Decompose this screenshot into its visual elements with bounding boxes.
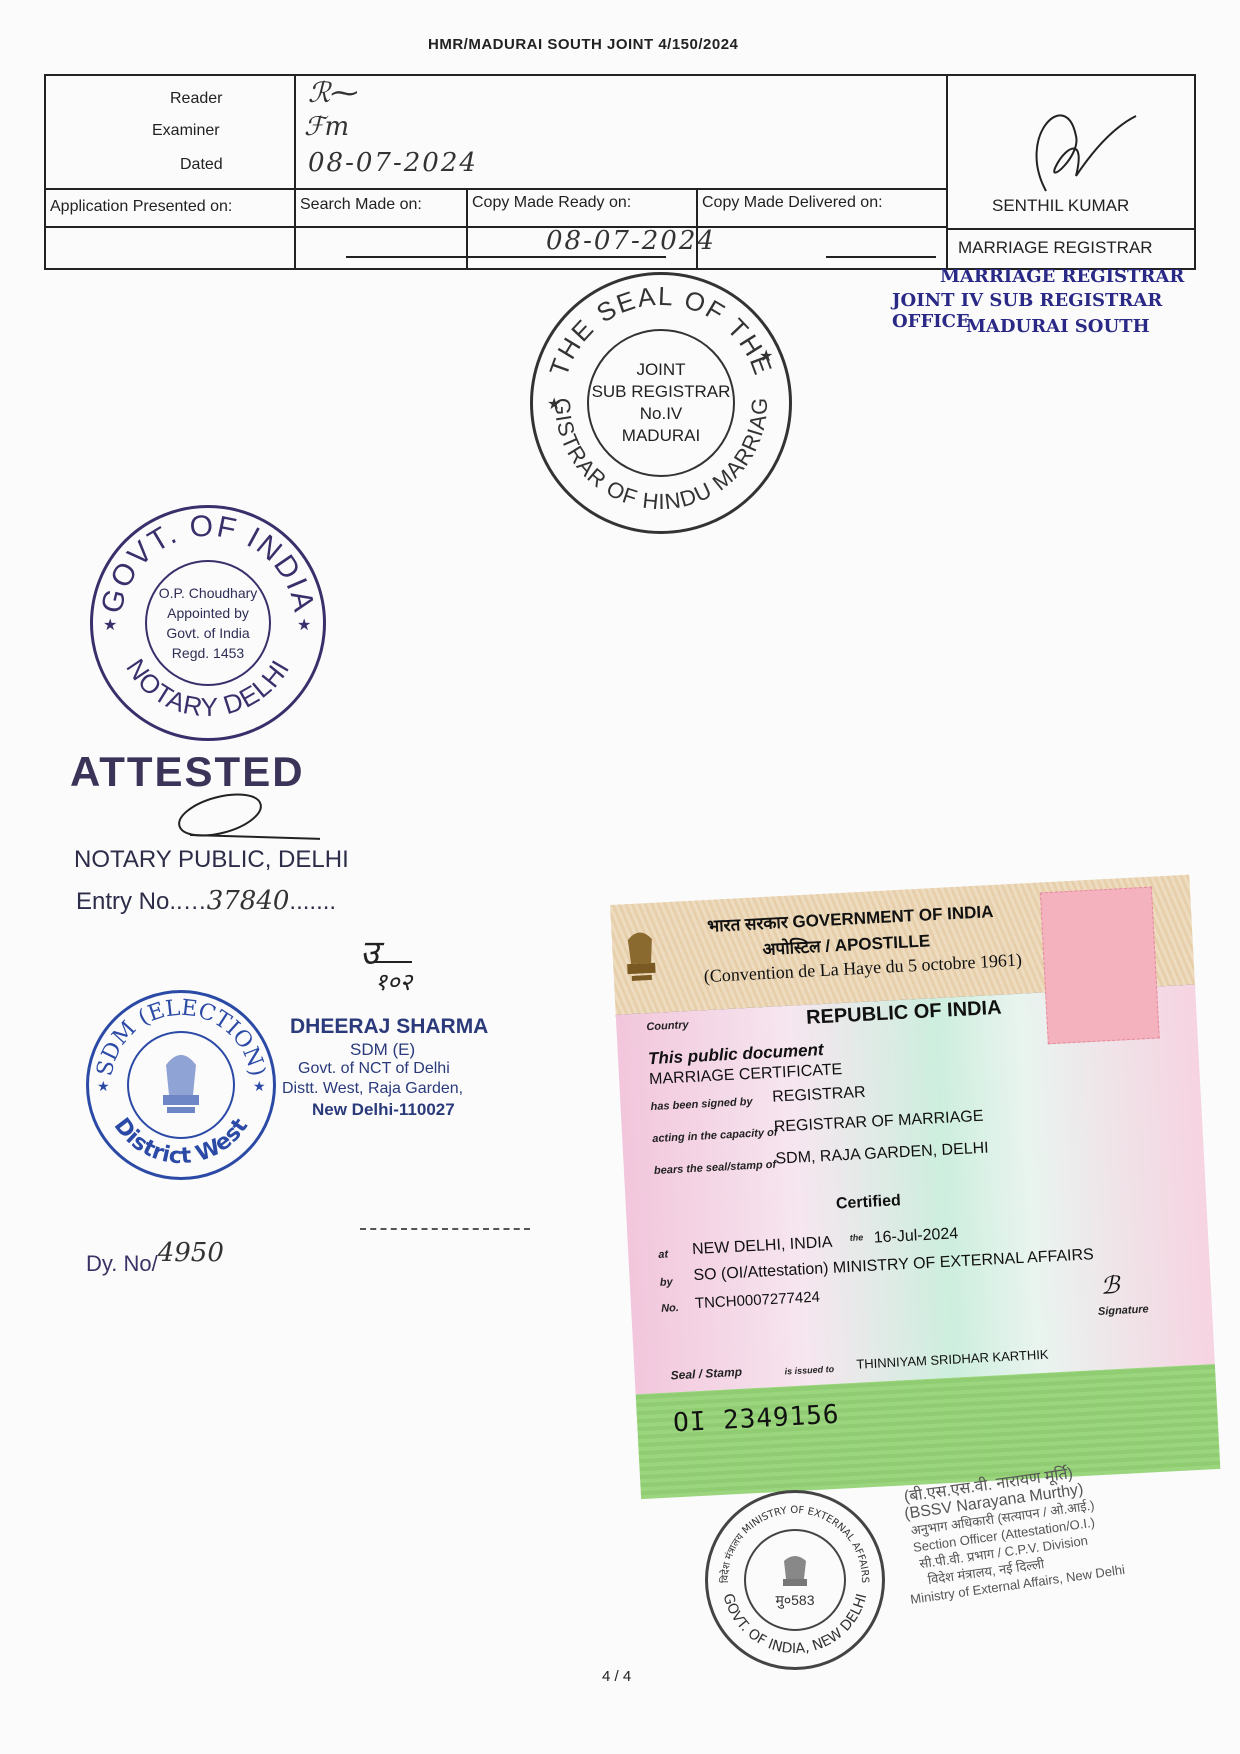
notary-public-label: NOTARY PUBLIC, DELHI xyxy=(74,846,349,874)
copy-date-value: 08-07-2024 xyxy=(546,226,716,256)
ashoka-emblem-icon xyxy=(127,1031,235,1139)
examiner-label: Examiner xyxy=(152,122,220,140)
diary-number: Dy. No/4950 xyxy=(86,1248,224,1278)
handwritten-mark-icon: उ१०२ xyxy=(360,928,412,974)
notary-seal-line: Regd. 1453 xyxy=(172,643,244,663)
emblem-stamp-icon xyxy=(1040,887,1160,1045)
svg-text:★: ★ xyxy=(297,617,311,634)
page-number: 4 / 4 xyxy=(602,1668,631,1685)
examiner-signature-icon: ℱm xyxy=(304,112,349,142)
registrar-signature-icon xyxy=(1006,96,1146,206)
hindi-government: भारत सरकार xyxy=(707,913,788,936)
svg-text:★: ★ xyxy=(253,1078,266,1094)
notary-seal-line: O.P. Choudhary xyxy=(159,583,258,603)
notary-seal-line: Appointed by xyxy=(167,603,249,623)
sdm-title: SDM (E) xyxy=(350,1040,415,1060)
notary-seal: GOVT. OF INDIA NOTARY DELHI ★ ★ O.P. Cho… xyxy=(90,505,326,741)
reader-signature-icon: ℛ⁓ xyxy=(308,76,358,109)
officer-signature-icon: ℬ xyxy=(1100,1271,1120,1300)
application-presented-label: Application Presented on: xyxy=(50,198,232,216)
dated-value: 08-07-2024 xyxy=(308,148,478,178)
ashoka-emblem-icon xyxy=(619,924,662,988)
certification-table: Reader Examiner Dated ℛ⁓ ℱm 08-07-2024 A… xyxy=(44,74,1196,270)
certified-label: Certified xyxy=(836,1192,902,1213)
notary-seal-line: Govt. of India xyxy=(166,623,249,643)
reader-label: Reader xyxy=(170,90,222,108)
sdm-line2: Distt. West, Raja Garden, xyxy=(282,1080,463,1098)
svg-text:★: ★ xyxy=(547,396,561,413)
country-label: Country xyxy=(646,1019,689,1033)
by-label: by xyxy=(660,1276,673,1289)
signatory-name: SENTHIL KUMAR xyxy=(992,196,1129,216)
entry-no-label: Entry No.....37840....... xyxy=(76,886,336,916)
registrar-seal-line: No.IV xyxy=(640,403,683,425)
mea-seal: विदेश मंत्रालय MINISTRY OF EXTERNAL AFFA… xyxy=(705,1490,885,1670)
sdm-line1: Govt. of NCT of Delhi xyxy=(298,1060,450,1078)
sdm-line3: New Delhi-110027 xyxy=(312,1100,455,1120)
registrar-seal: THE SEAL OF THE REGISTRAR OF HINDU MARRI… xyxy=(530,272,792,534)
copy-ready-label: Copy Made Ready on: xyxy=(472,194,631,212)
dated-label: Dated xyxy=(180,156,223,174)
diary-number-value: 4950 xyxy=(158,1238,224,1268)
ashoka-emblem-icon xyxy=(778,1551,812,1591)
registrar-stamp-line3: MADURAI SOUTH xyxy=(966,316,1150,337)
notary-signature-icon xyxy=(160,790,320,850)
search-made-label: Search Made on: xyxy=(300,196,422,214)
at-label: at xyxy=(658,1248,668,1260)
svg-text:★: ★ xyxy=(103,617,117,634)
svg-text:★: ★ xyxy=(97,1078,110,1094)
attested-stamp: ATTESTED xyxy=(70,748,305,796)
registrar-seal-line: SUB REGISTRAR xyxy=(592,381,731,403)
entry-no-value: 37840 xyxy=(207,886,290,916)
registrar-seal-line: MADURAI xyxy=(622,425,700,447)
registrar-seal-line: JOINT xyxy=(636,359,685,381)
sdm-name: DHEERAJ SHARMA xyxy=(290,1015,488,1039)
copy-delivered-label: Copy Made Delivered on: xyxy=(702,194,883,212)
signature-line xyxy=(360,1228,530,1232)
no-label: No. xyxy=(661,1302,679,1315)
mea-seal-code: मु०583 xyxy=(775,1591,814,1610)
registrar-stamp-line1: MARRIAGE REGISTRAR xyxy=(940,266,1184,287)
apostille-certificate: भारत सरकार GOVERNMENT OF INDIA अपोस्टिल … xyxy=(610,875,1220,1500)
svg-text:★: ★ xyxy=(759,348,773,365)
document-reference: HMR/MADURAI SOUTH JOINT 4/150/2024 xyxy=(428,36,738,53)
the-label: the xyxy=(849,1232,863,1243)
sdm-seal: SDM (ELECTION) District West ★ ★ xyxy=(86,990,276,1180)
signatory-title: MARRIAGE REGISTRAR xyxy=(958,238,1153,258)
